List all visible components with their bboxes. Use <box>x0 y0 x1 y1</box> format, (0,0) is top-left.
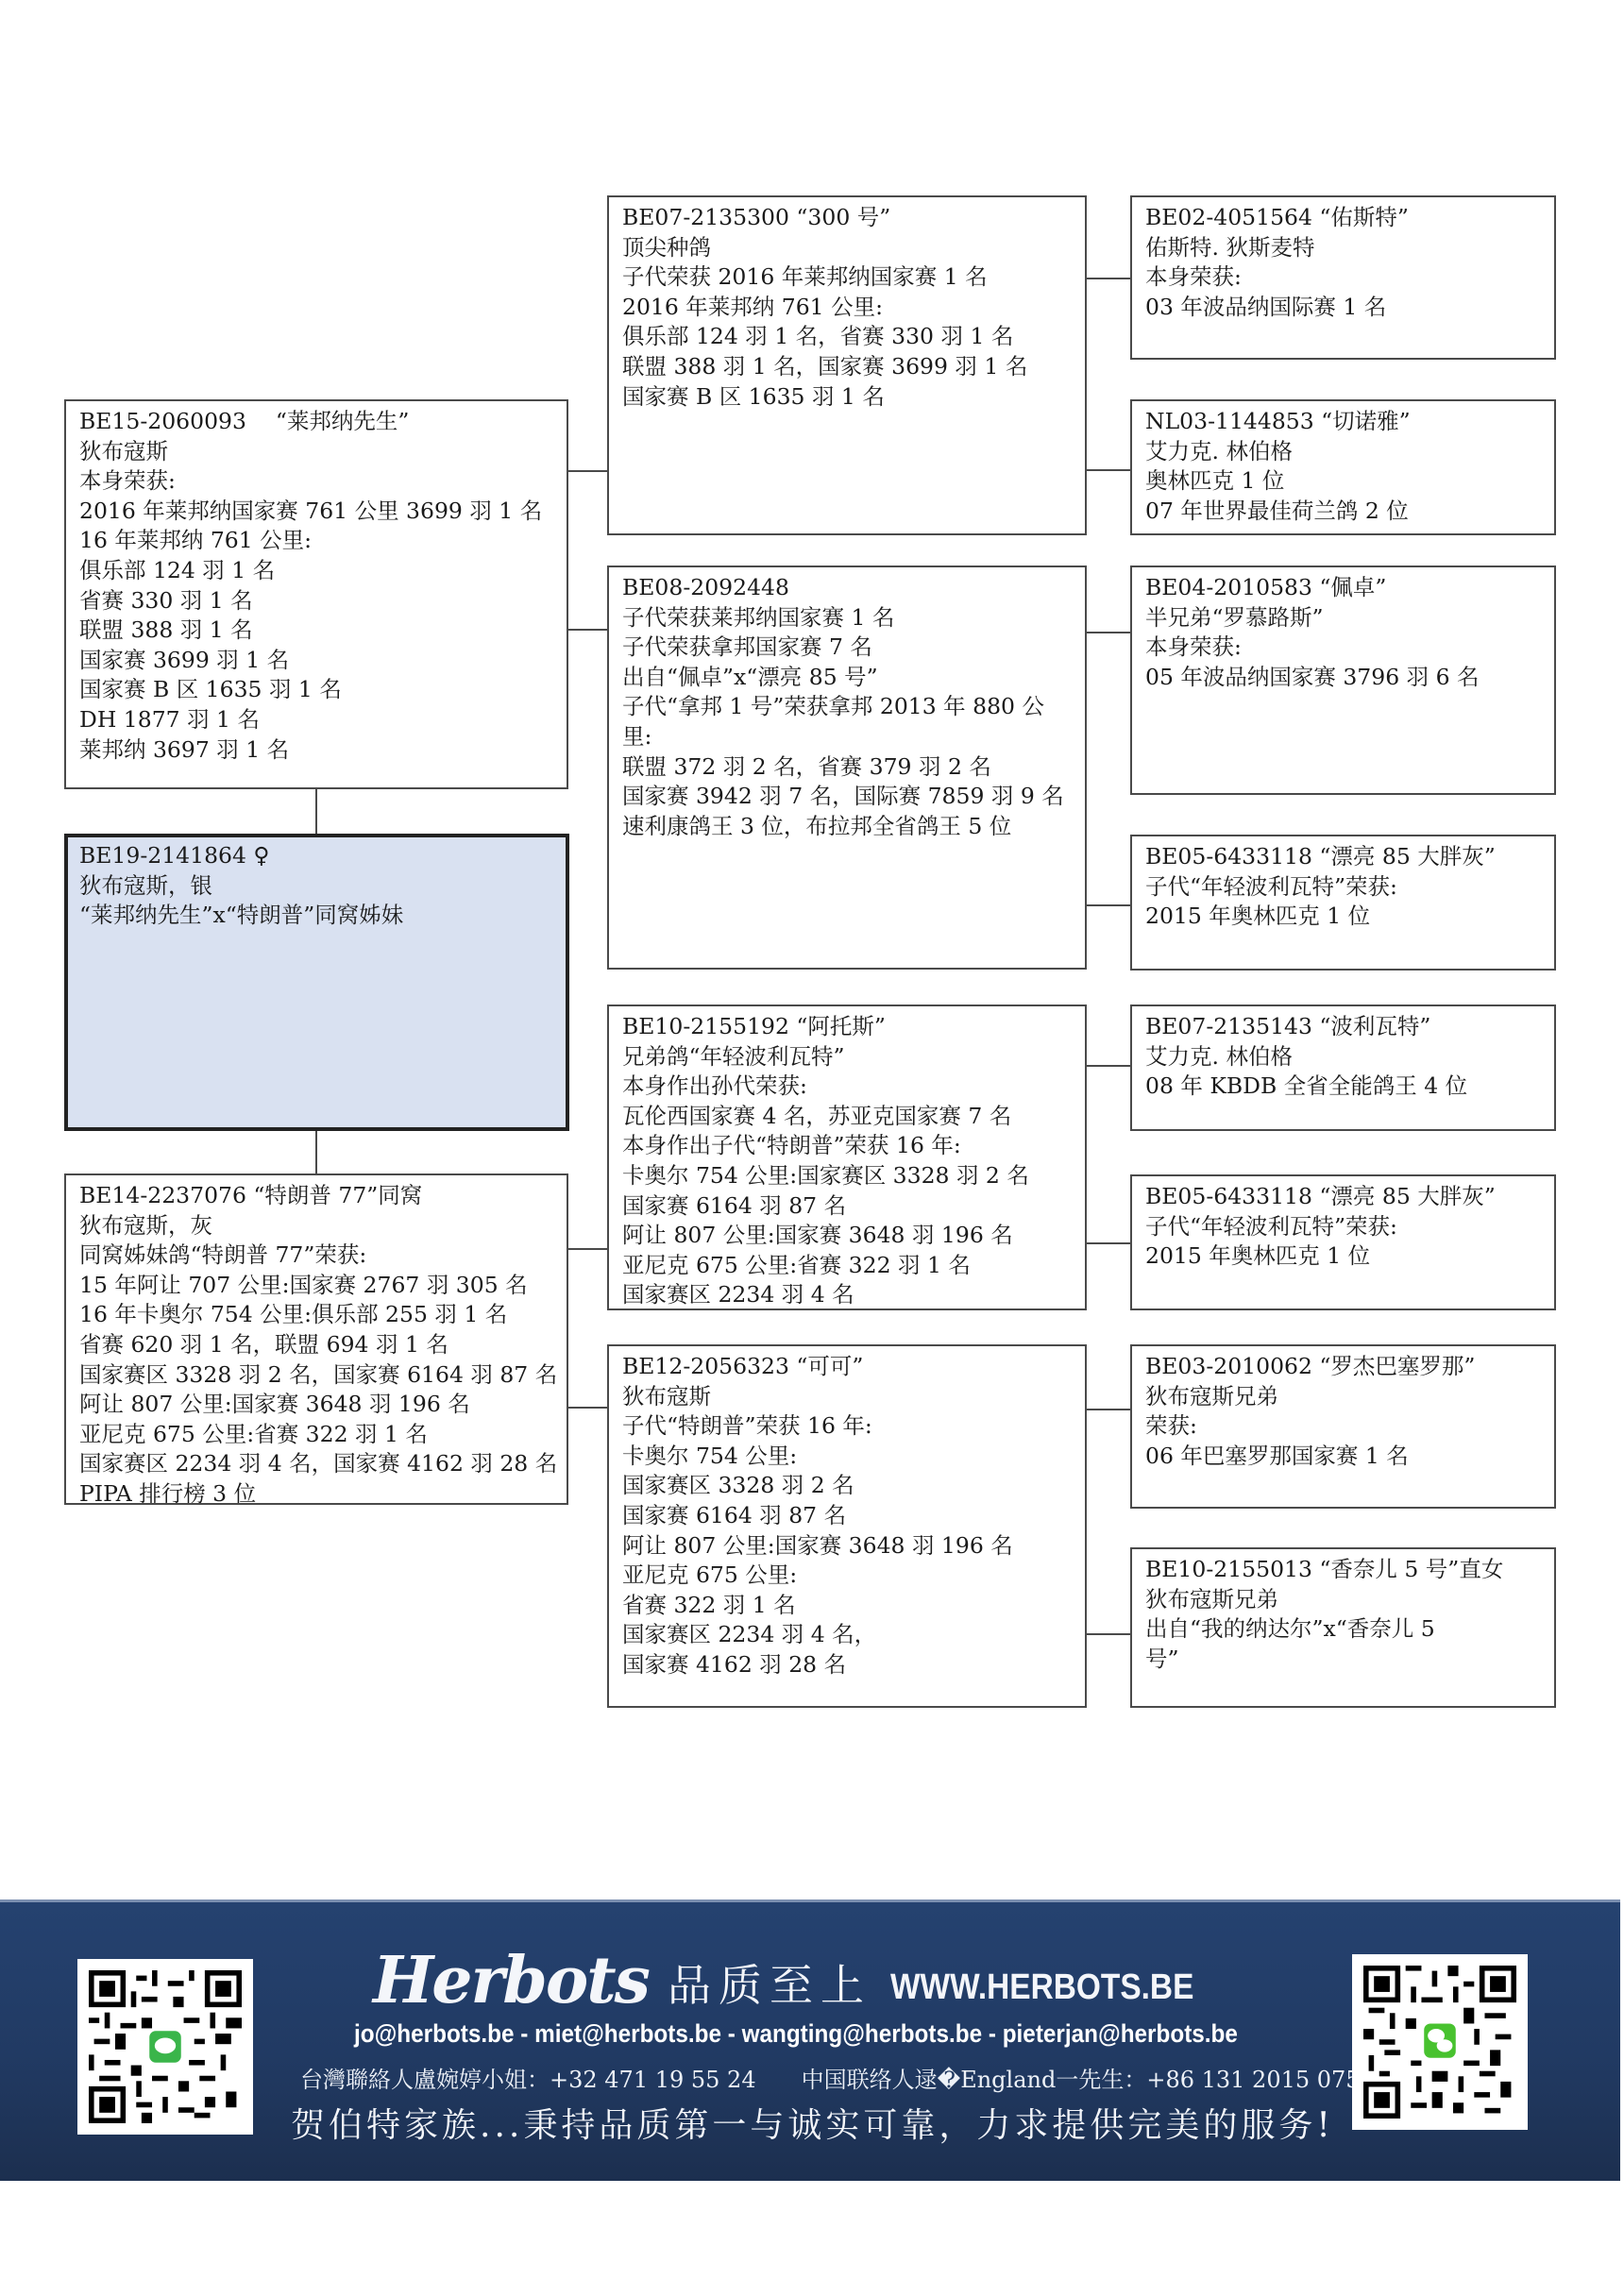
gg4-line: 2015 年奥林匹克 1 位 <box>1145 902 1541 932</box>
sire-sire-line: 国家赛 B 区 1635 羽 1 名 <box>622 382 1072 413</box>
gg8-line: 狄布寇斯兄弟 <box>1145 1585 1541 1615</box>
sire-line: 16 年莱邦纳 761 公里: <box>79 526 553 556</box>
connector-line <box>1087 904 1130 906</box>
sire-dam-card: BE08-2092448 子代荣获莱邦纳国家赛 1 名 子代荣获拿邦国家赛 7 … <box>607 566 1087 970</box>
dam-sire-line: 瓦伦西国家赛 4 名，苏亚克国家赛 7 名 <box>622 1102 1072 1132</box>
gg5-ring: BE07-2135143 “波利瓦特” <box>1145 1012 1541 1042</box>
great-grandparent-card-1: BE02-4051564 “佑斯特” 佑斯特. 狄斯麦特 本身荣获: 03 年波… <box>1130 195 1556 360</box>
gg4-line: 子代“年轻波利瓦特”荣获: <box>1145 872 1541 903</box>
dam-dam-line: 狄布寇斯 <box>622 1382 1072 1412</box>
qr-code-icon <box>1363 1966 1516 2119</box>
connector-line <box>1087 278 1130 279</box>
great-grandparent-card-4: BE05-6433118 “漂亮 85 大胖灰” 子代“年轻波利瓦特”荣获: 2… <box>1130 835 1556 971</box>
dam-sire-line: 亚尼克 675 公里:省赛 322 羽 1 名 <box>622 1251 1072 1281</box>
gg1-line: 本身荣获: <box>1145 262 1541 293</box>
footer-banner: Herbots 品质至上 WWW.HERBOTS.BE jo@herbots.b… <box>0 1899 1620 2181</box>
sire-line: 省赛 330 羽 1 名 <box>79 586 553 616</box>
gg3-ring: BE04-2010583 “佩卓” <box>1145 573 1541 603</box>
sire-line: 俱乐部 124 羽 1 名 <box>79 556 553 586</box>
dam-line: 省赛 620 羽 1 名，联盟 694 羽 1 名 <box>79 1330 553 1360</box>
dam-line: 国家赛区 2234 羽 4 名，国家赛 4162 羽 28 名 <box>79 1449 553 1479</box>
dam-dam-line: 国家赛区 2234 羽 4 名， <box>622 1620 1072 1650</box>
dam-dam-line: 国家赛 6164 羽 87 名 <box>622 1501 1072 1531</box>
connector-line <box>1087 1409 1130 1410</box>
great-grandparent-card-7: BE03-2010062 “罗杰巴塞罗那” 狄布寇斯兄弟 荣获: 06 年巴塞罗… <box>1130 1344 1556 1509</box>
gg3-line: 05 年波品纳国家赛 3796 羽 6 名 <box>1145 663 1541 693</box>
dam-sire-ring: BE10-2155192 “阿托斯” <box>622 1012 1072 1042</box>
subject-ring: BE19-2141864 ♀ <box>79 841 554 871</box>
herbots-logo: Herbots <box>373 1948 649 2014</box>
sire-ring: BE15-2060093 “莱邦纳先生” <box>79 407 553 437</box>
website-link[interactable]: WWW.HERBOTS.BE <box>890 1961 1193 2014</box>
gg6-line: 2015 年奥林匹克 1 位 <box>1145 1241 1541 1272</box>
connector-line <box>568 1407 607 1409</box>
contact-china: 中国联络人逯�England一先生：+86 131 2015 0755 <box>802 2061 1375 2094</box>
gg6-line: 子代“年轻波利瓦特”荣获: <box>1145 1212 1541 1242</box>
sire-dam-line: 子代“拿邦 1 号”荣获拿邦 2013 年 880 公 <box>622 692 1072 722</box>
dam-sire-line: 阿让 807 公里:国家赛 3648 羽 196 名 <box>622 1221 1072 1251</box>
sire-dam-line: 出自“佩卓”x“漂亮 85 号” <box>622 663 1072 693</box>
sire-sire-line: 顶尖种鸽 <box>622 233 1072 263</box>
dam-sire-line: 兄弟鸽“年轻波利瓦特” <box>622 1042 1072 1072</box>
gg1-ring: BE02-4051564 “佑斯特” <box>1145 203 1541 233</box>
gg7-line: 狄布寇斯兄弟 <box>1145 1382 1541 1412</box>
sire-sire-line: 联盟 388 羽 1 名，国家赛 3699 羽 1 名 <box>622 352 1072 382</box>
great-grandparent-card-6: BE05-6433118 “漂亮 85 大胖灰” 子代“年轻波利瓦特”荣获: 2… <box>1130 1174 1556 1310</box>
dam-sire-line: 本身作出子代“特朗普”荣获 16 年: <box>622 1131 1072 1161</box>
sire-dam-line: 子代荣获拿邦国家赛 7 名 <box>622 633 1072 663</box>
dam-line: 国家赛区 3328 羽 2 名，国家赛 6164 羽 87 名 <box>79 1360 553 1391</box>
gg5-line: 08 年 KBDB 全省全能鸽王 4 位 <box>1145 1072 1541 1102</box>
dam-line: 同窝姊妹鸽“特朗普 77”荣获: <box>79 1241 553 1271</box>
qr-code-line[interactable] <box>77 1959 253 2135</box>
sire-dam-line: 子代荣获莱邦纳国家赛 1 名 <box>622 603 1072 633</box>
sire-line: 国家赛 B 区 1635 羽 1 名 <box>79 675 553 705</box>
gg1-line: 03 年波品纳国际赛 1 名 <box>1145 293 1541 323</box>
connector-line <box>1087 1242 1130 1244</box>
sire-line: 本身荣获: <box>79 466 553 497</box>
dam-line: 16 年卡奥尔 754 公里:俱乐部 255 羽 1 名 <box>79 1300 553 1330</box>
gg3-line: 半兄弟“罗慕路斯” <box>1145 603 1541 633</box>
gg8-ring: BE10-2155013 “香奈儿 5 号”直女 <box>1145 1555 1541 1585</box>
connector-line <box>568 1248 607 1250</box>
great-grandparent-card-3: BE04-2010583 “佩卓” 半兄弟“罗慕路斯” 本身荣获: 05 年波品… <box>1130 566 1556 795</box>
dam-dam-line: 国家赛区 3328 羽 2 名 <box>622 1471 1072 1501</box>
great-grandparent-card-8: BE10-2155013 “香奈儿 5 号”直女 狄布寇斯兄弟 出自“我的纳达尔… <box>1130 1547 1556 1708</box>
dam-line: 亚尼克 675 公里:省赛 322 羽 1 名 <box>79 1420 553 1450</box>
connector-line <box>315 789 317 834</box>
gg3-line: 本身荣获: <box>1145 633 1541 663</box>
sire-dam-line: 速利康鸽王 3 位，布拉邦全省鸽王 5 位 <box>622 812 1072 842</box>
sire-card: BE15-2060093 “莱邦纳先生” 狄布寇斯 本身荣获: 2016 年莱邦… <box>64 399 568 789</box>
dam-sire-line: 卡奥尔 754 公里:国家赛区 3328 羽 2 名 <box>622 1161 1072 1191</box>
gg2-line: 艾力克. 林伯格 <box>1145 437 1541 467</box>
subject-line: “莱邦纳先生”x“特朗普”同窝姊妹 <box>79 901 554 931</box>
sire-dam-line: 联盟 372 羽 2 名，省赛 379 羽 2 名 <box>622 752 1072 783</box>
gg7-line: 荣获: <box>1145 1411 1541 1442</box>
contact-taiwan: 台灣聯絡人盧婉婷小姐：+32 471 19 55 24 <box>300 2061 756 2094</box>
dam-sire-line: 本身作出孙代荣获: <box>622 1072 1072 1102</box>
sire-line: 国家赛 3699 羽 1 名 <box>79 646 553 676</box>
connector-line <box>1087 469 1130 471</box>
sire-dam-ring: BE08-2092448 <box>622 573 1072 603</box>
dam-dam-line: 亚尼克 675 公里: <box>622 1561 1072 1591</box>
dam-dam-card: BE12-2056323 “可可” 狄布寇斯 子代“特朗普”荣获 16 年: 卡… <box>607 1344 1087 1708</box>
dam-ring: BE14-2237076 “特朗普 77”同窝 <box>79 1181 553 1211</box>
dam-dam-line: 国家赛 4162 羽 28 名 <box>622 1650 1072 1680</box>
sire-line: 2016 年莱邦纳国家赛 761 公里 3699 羽 1 名 <box>79 497 553 527</box>
email-list[interactable]: jo@herbots.be - miet@herbots.be - wangti… <box>354 2019 1178 2049</box>
connector-line <box>1087 632 1130 633</box>
gg7-line: 06 年巴塞罗那国家赛 1 名 <box>1145 1442 1541 1472</box>
great-grandparent-card-2: NL03-1144853 “切诺雅” 艾力克. 林伯格 奥林匹克 1 位 07 … <box>1130 399 1556 535</box>
sire-line: 联盟 388 羽 1 名 <box>79 616 553 646</box>
connector-line <box>568 629 607 631</box>
connector-line <box>568 470 607 472</box>
gg7-ring: BE03-2010062 “罗杰巴塞罗那” <box>1145 1352 1541 1382</box>
sire-line: 狄布寇斯 <box>79 437 553 467</box>
sire-dam-line: 里: <box>622 722 1072 752</box>
gg2-line: 07 年世界最佳荷兰鸽 2 位 <box>1145 497 1541 527</box>
sire-sire-card: BE07-2135300 “300 号” 顶尖种鸽 子代荣获 2016 年莱邦纳… <box>607 195 1087 535</box>
dam-line: 阿让 807 公里:国家赛 3648 羽 196 名 <box>79 1390 553 1420</box>
subject-line: 狄布寇斯，银 <box>79 871 554 902</box>
dam-sire-card: BE10-2155192 “阿托斯” 兄弟鸽“年轻波利瓦特” 本身作出孙代荣获:… <box>607 1004 1087 1310</box>
qr-code-wechat[interactable] <box>1352 1954 1528 2130</box>
gg2-ring: NL03-1144853 “切诺雅” <box>1145 407 1541 437</box>
qr-code-icon <box>89 1970 242 2123</box>
gg8-line: 号” <box>1145 1645 1541 1675</box>
gg4-ring: BE05-6433118 “漂亮 85 大胖灰” <box>1145 842 1541 872</box>
dam-dam-ring: BE12-2056323 “可可” <box>622 1352 1072 1382</box>
gg6-ring: BE05-6433118 “漂亮 85 大胖灰” <box>1145 1182 1541 1212</box>
brand-row: Herbots 品质至上 WWW.HERBOTS.BE <box>373 1938 1235 2014</box>
dam-sire-line: 国家赛区 2234 羽 4 名 <box>622 1280 1072 1310</box>
sire-dam-line: 国家赛 3942 羽 7 名，国际赛 7859 羽 9 名 <box>622 782 1072 812</box>
dam-dam-line: 子代“特朗普”荣获 16 年: <box>622 1411 1072 1442</box>
connector-line <box>1087 1633 1130 1635</box>
sire-sire-line: 子代荣获 2016 年莱邦纳国家赛 1 名 <box>622 262 1072 293</box>
dam-card: BE14-2237076 “特朗普 77”同窝 狄布寇斯，灰 同窝姊妹鸽“特朗普… <box>64 1173 568 1505</box>
dam-line: 15 年阿让 707 公里:国家赛 2767 羽 305 名 <box>79 1271 553 1301</box>
sire-sire-ring: BE07-2135300 “300 号” <box>622 203 1072 233</box>
dam-line: 狄布寇斯，灰 <box>79 1211 553 1241</box>
connector-line <box>315 1131 317 1173</box>
dam-dam-line: 省赛 322 羽 1 名 <box>622 1591 1072 1621</box>
contact-row: 台灣聯絡人盧婉婷小姐：+32 471 19 55 24 中国联络人逯�Engla… <box>300 2061 1339 2094</box>
sire-line: DH 1877 羽 1 名 <box>79 705 553 735</box>
sire-sire-line: 俱乐部 124 羽 1 名，省赛 330 羽 1 名 <box>622 322 1072 352</box>
dam-dam-line: 卡奥尔 754 公里: <box>622 1442 1072 1472</box>
dam-dam-line: 阿让 807 公里:国家赛 3648 羽 196 名 <box>622 1531 1072 1562</box>
sire-sire-line: 2016 年莱邦纳 761 公里: <box>622 293 1072 323</box>
brand-slogan: 品质至上 <box>668 1957 871 2014</box>
subject-card: BE19-2141864 ♀ 狄布寇斯，银 “莱邦纳先生”x“特朗普”同窝姊妹 <box>64 834 569 1131</box>
gg2-line: 奥林匹克 1 位 <box>1145 466 1541 497</box>
gg1-line: 佑斯特. 狄斯麦特 <box>1145 233 1541 263</box>
sire-line: 莱邦纳 3697 羽 1 名 <box>79 735 553 766</box>
company-motto: 贺伯特家族...秉持品质第一与诚实可靠，力求提供完美的服务! <box>291 2099 1334 2147</box>
dam-line: PIPA 排行榜 3 位 <box>79 1479 553 1505</box>
gg5-line: 艾力克. 林伯格 <box>1145 1042 1541 1072</box>
dam-sire-line: 国家赛 6164 羽 87 名 <box>622 1191 1072 1222</box>
connector-line <box>1087 1065 1130 1067</box>
great-grandparent-card-5: BE07-2135143 “波利瓦特” 艾力克. 林伯格 08 年 KBDB 全… <box>1130 1004 1556 1131</box>
gg8-line: 出自“我的纳达尔”x“香奈儿 5 <box>1145 1614 1541 1645</box>
